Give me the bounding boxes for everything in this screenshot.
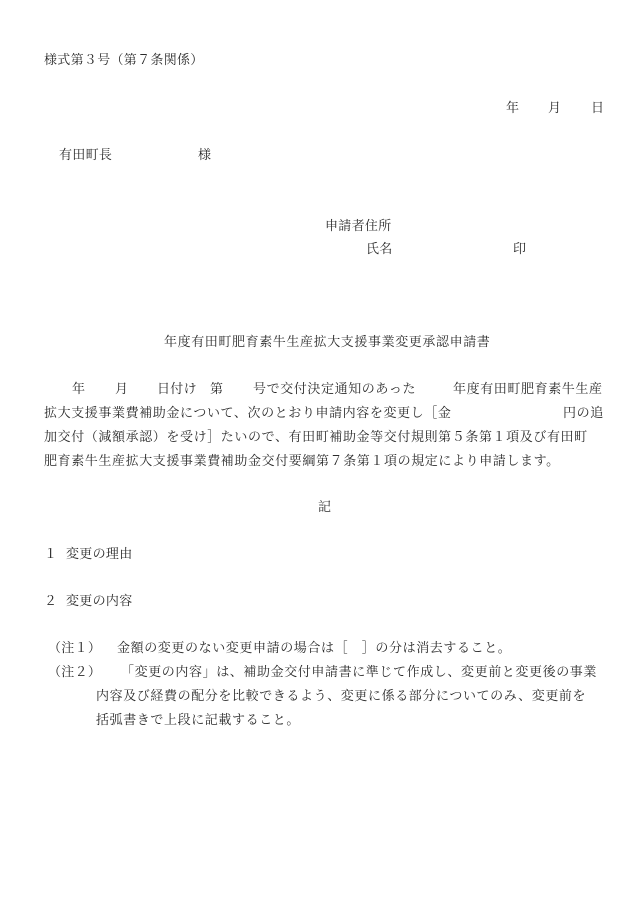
item-number: ２: [44, 594, 57, 610]
note-text: 括弧書きで上段に記載すること。: [96, 713, 300, 729]
body-line1-notice: 号で交付決定通知のあった: [253, 382, 416, 398]
note-text: 金額の変更のない変更申請の場合は［ ］の分は消去すること。: [117, 641, 511, 657]
body-line4: 肥育素牛生産拡大支援事業費補助金交付要綱第７条第１項の規定により申請します。: [44, 454, 560, 470]
applicant-name-label: 氏名: [366, 242, 393, 258]
form-number: 様式第３号（第７条関係）: [44, 53, 204, 69]
body-line1-month: 月: [115, 382, 128, 398]
date-month-label: 月: [548, 101, 561, 117]
addressee-honorific: 様: [198, 148, 211, 164]
ki-heading: 記: [318, 500, 331, 516]
note-text: 内容及び経費の配分を比較できるよう、変更に係る部分についてのみ、変更前を: [96, 689, 586, 705]
body-line1-date-suffix: 日付け: [157, 382, 197, 398]
note-label: （注１）: [48, 641, 101, 657]
body-line1-number-prefix: 第: [210, 382, 223, 398]
document-title: 年度有田町肥育素牛生産拡大支援事業変更承認申請書: [164, 335, 490, 351]
body-line1-year: 年: [72, 382, 85, 398]
date-day-label: 日: [591, 101, 604, 117]
body-line3: 加交付（減額承認）を受け］たいので、有田町補助金等交付規則第５条第１項及び有田町: [44, 430, 588, 446]
applicant-seal-label: 印: [513, 242, 526, 258]
date-year-label: 年: [506, 101, 519, 117]
note-label: （注２）: [48, 665, 101, 681]
item-label: 変更の内容: [66, 594, 133, 610]
body-line2-yen: 円の追: [563, 406, 604, 422]
item-number: １: [44, 547, 57, 563]
body-line1-fiscal: 年度有田町肥育素牛生産: [453, 382, 603, 398]
note-text: 「変更の内容」は、補助金交付申請書に準じて作成し、変更前と変更後の事業: [121, 665, 597, 681]
addressee-name: 有田町長: [59, 148, 112, 164]
body-line2-main: 拡大支援事業費補助金について、次のとおり申請内容を変更し［金: [44, 406, 451, 422]
item-label: 変更の理由: [66, 547, 133, 563]
applicant-address-label: 申請者住所: [325, 219, 392, 235]
